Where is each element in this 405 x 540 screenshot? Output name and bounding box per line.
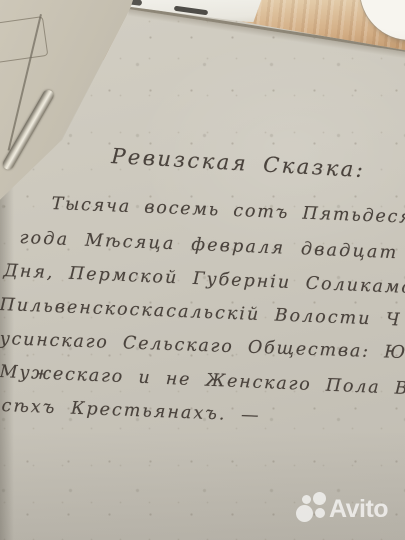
manuscript-line: Пильвенскоскасальскій Волости Ч [0, 295, 402, 330]
manuscript-title: Ревизская Сказка: [111, 144, 366, 182]
avito-circles-icon [296, 505, 313, 522]
manuscript-line: сѣхъ Крестьянахъ. — [1, 396, 261, 426]
avito-circles-icon [315, 508, 325, 518]
avito-circles-icon [302, 495, 311, 504]
manuscript-line: Дня, Пермской Губерніи Соликамс [3, 261, 405, 298]
avito-circles-icon [313, 492, 326, 505]
avito-watermark: Avito [296, 492, 400, 530]
manuscript-line: года Мѣсяца февраля двадцат [19, 228, 399, 263]
manuscript-line: усинскаго Сельскаго Общества: Ю [0, 329, 405, 363]
manuscript-line: Мужескаго и не Женскаго Пола В [0, 362, 405, 399]
cover-frame-embossing [0, 16, 48, 68]
manuscript-line: Тысяча восемь сотъ Пятьдесятъ — [51, 194, 405, 230]
avito-watermark-label: Avito [329, 494, 388, 524]
manuscript-photo: Ревизская Сказка: Тысяча восемь сотъ Пят… [0, 0, 405, 540]
